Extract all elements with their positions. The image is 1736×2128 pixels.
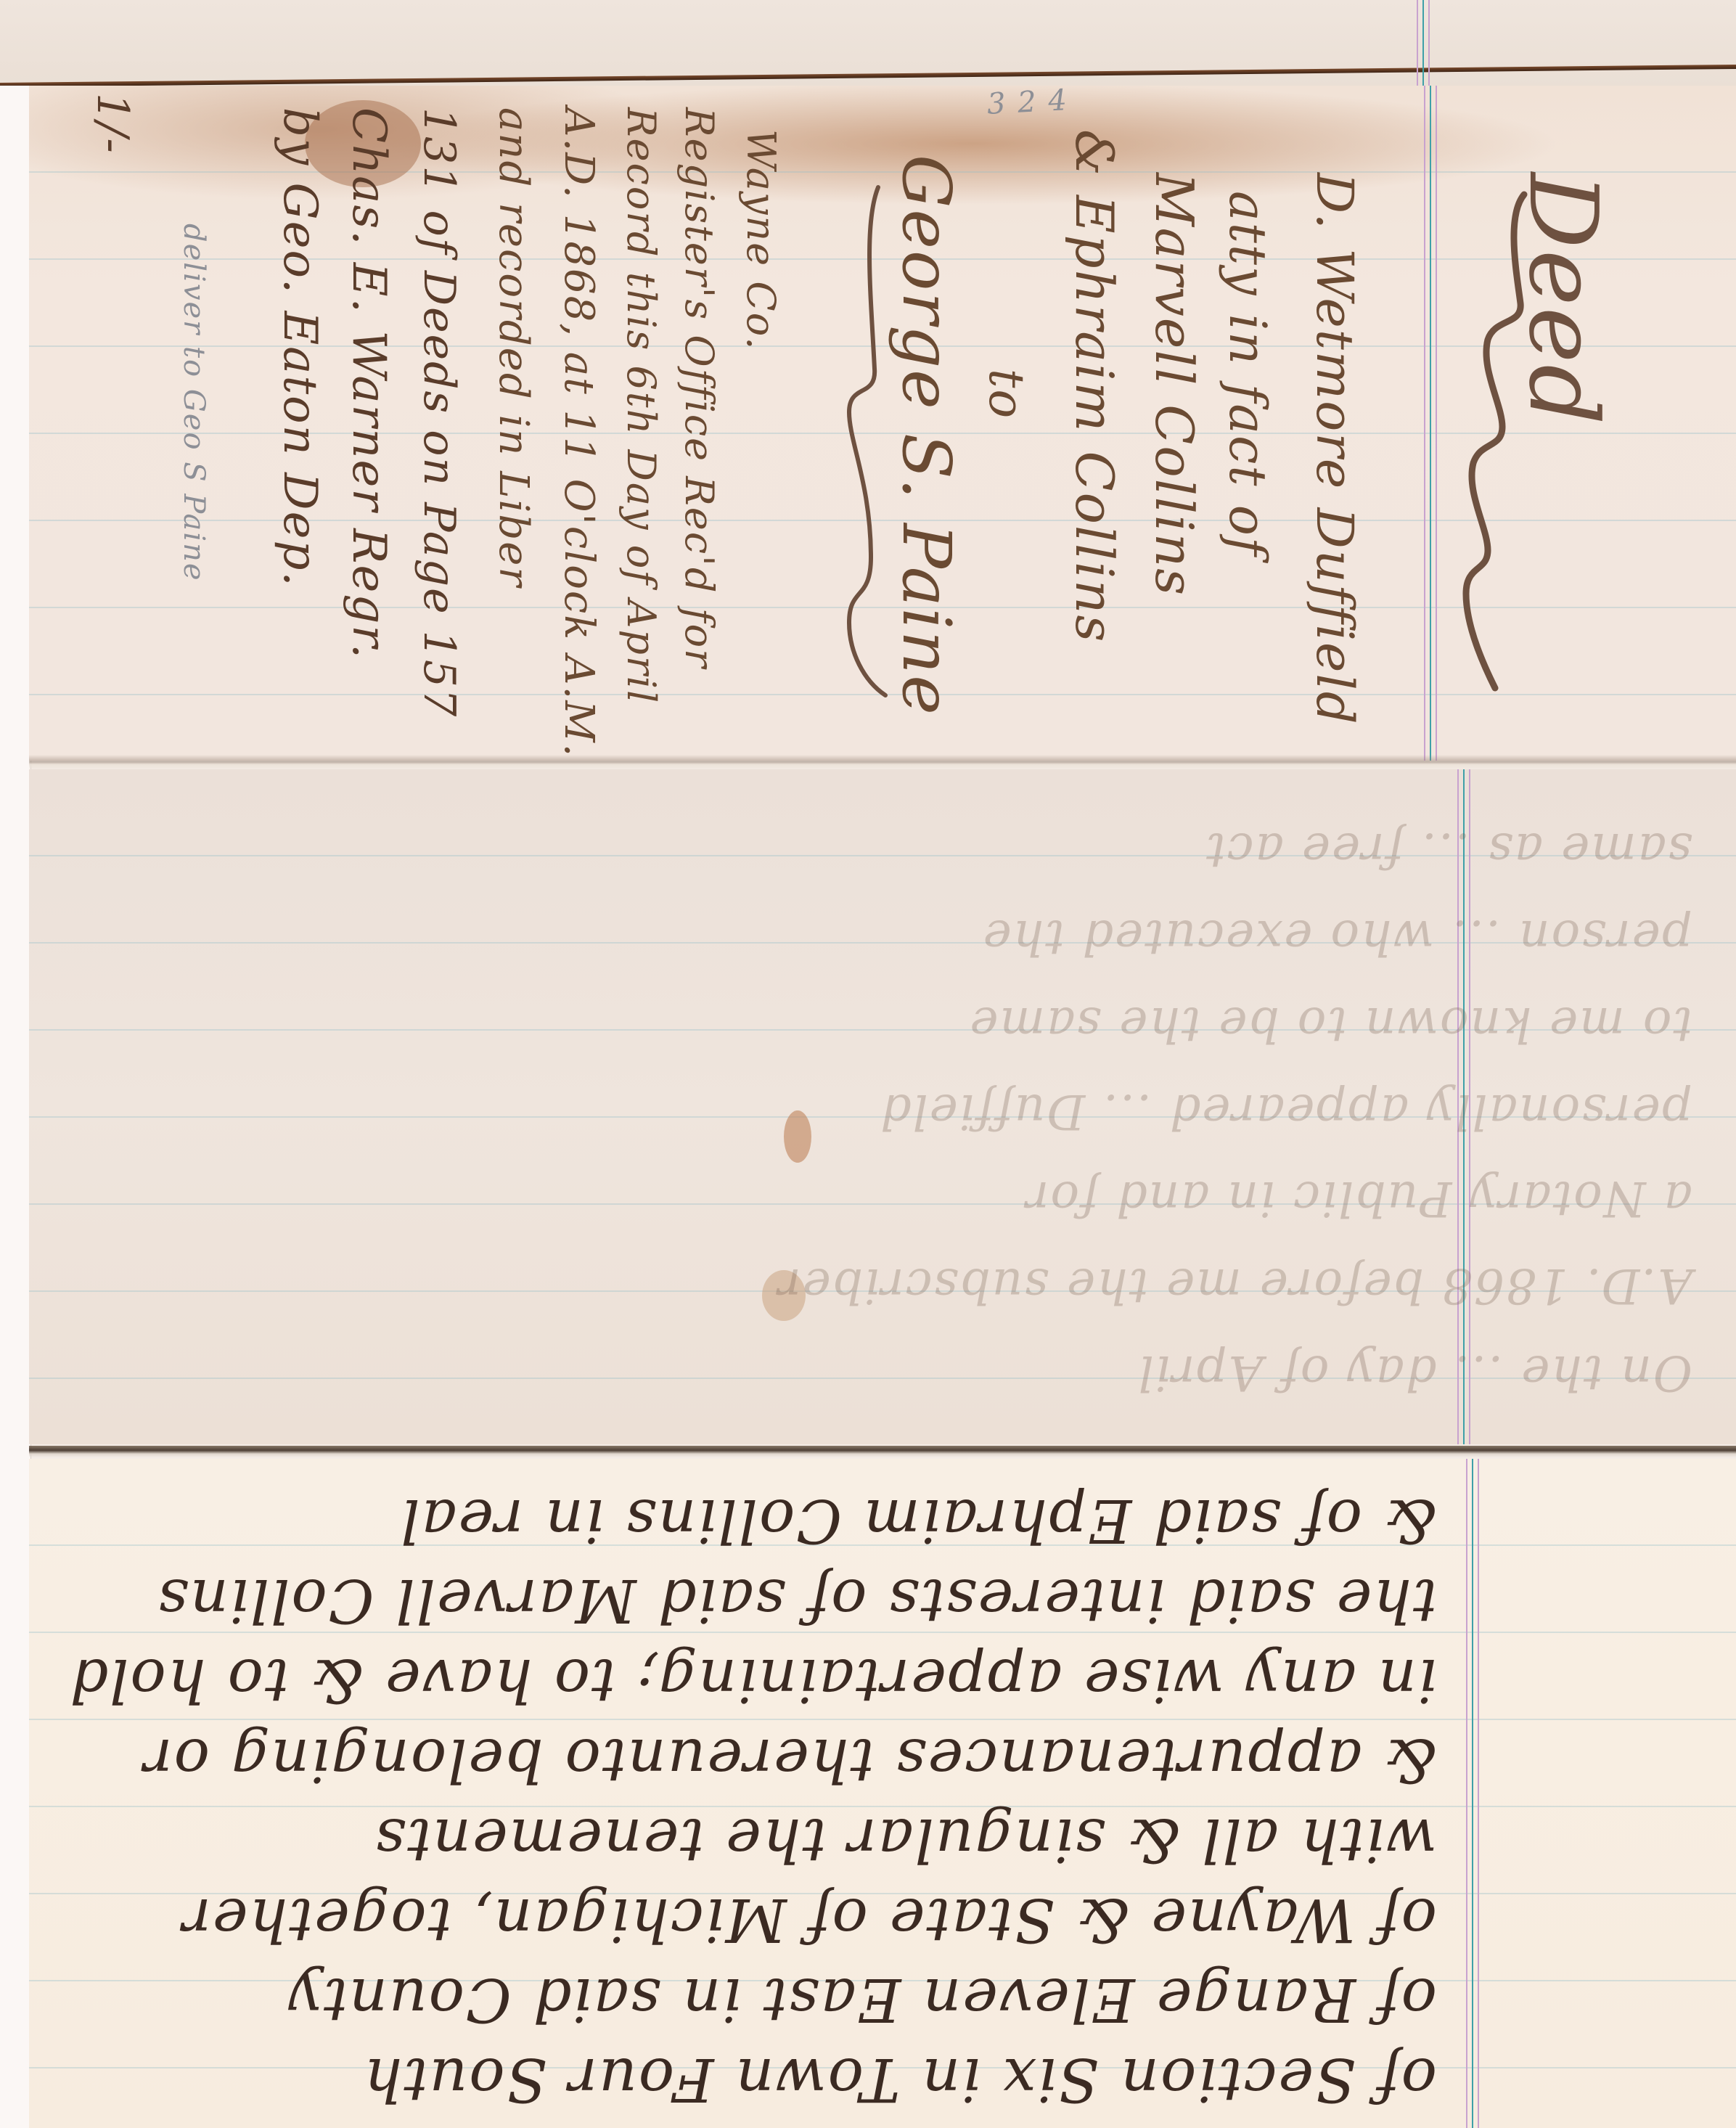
- bleed-line: to me known to be the same: [968, 997, 1692, 1052]
- recording-line-1: Wayne Co.: [738, 129, 784, 351]
- recording-line-5: and recorded in Liber: [490, 107, 537, 588]
- pencil-file-number: 3 2 4: [986, 86, 1069, 121]
- bleed-line: A.D. 1868 before me the subscriber: [777, 1258, 1692, 1314]
- recording-line-2: Register's Office Rec'd for: [676, 107, 722, 669]
- body-line-3: of Wayne & State of Michigan, together: [181, 1885, 1437, 1954]
- pencil-delivery-note: deliver to Geo S Paine: [177, 224, 210, 582]
- back-flap: [0, 0, 1736, 87]
- body-line-7: the said interests of said Marvell Colli…: [157, 1566, 1437, 1634]
- recording-line-6: 131 of Deeds on Page 157: [414, 107, 464, 718]
- body-line-4: with all & singular the tenements: [374, 1805, 1437, 1874]
- margin-line-blue: [1472, 1459, 1473, 2128]
- bleed-line: On the ... day of April: [1137, 1345, 1692, 1401]
- deed-body-text: of Section Six in Town Four South of Ran…: [29, 1459, 1452, 2128]
- fold-crease: [29, 755, 1736, 771]
- connector-to: to: [978, 369, 1034, 420]
- grantee-flourish-icon: [820, 180, 936, 703]
- endorsement-panel: 3 2 4 Deed D. Wetmore Duffield atty in f…: [29, 86, 1736, 761]
- grantor-line-2: atty in fact of: [1218, 191, 1277, 557]
- scanned-deed: 3 2 4 Deed D. Wetmore Duffield atty in f…: [0, 0, 1736, 2128]
- body-line-6: in any wise appertaining; to have & to h…: [69, 1645, 1437, 1714]
- body-line-1: of Section Six in Town Four South: [363, 2045, 1437, 2113]
- recording-line-4: A.D. 1868, at 11 O'clock A.M.: [555, 107, 602, 758]
- body-line-2: of Range Eleven East in said County: [287, 1965, 1437, 2034]
- margin-line-pink: [1478, 1459, 1479, 2128]
- margin-line-pink: [1424, 86, 1425, 761]
- bleed-line: same as ... free act: [1205, 822, 1692, 878]
- margin-line-pink: [1417, 0, 1418, 87]
- margin-line-pink: [1428, 0, 1430, 87]
- body-panel: of Section Six in Town Four South of Ran…: [29, 1459, 1736, 2128]
- recording-line-3: Record this 6th Day of April: [618, 107, 664, 704]
- recording-fee: 1/-: [87, 93, 138, 155]
- margin-line-pink: [1466, 1459, 1467, 2128]
- recording-line-8: by Geo. Eaton Dep.: [273, 107, 327, 588]
- grantor-line-1: D. Wetmore Duffield: [1305, 173, 1364, 726]
- grantor-line-3: Marvell Collins: [1144, 173, 1205, 597]
- body-line-5: & appurtenances thereunto belonging or: [142, 1725, 1437, 1794]
- recording-line-7: Chas. E. Warner Regr.: [342, 107, 396, 660]
- blank-panel: On the ... day of April A.D. 1868 before…: [29, 769, 1736, 1444]
- bleed-line: person ... who executed the: [982, 909, 1692, 965]
- body-line-8: & of said Ephraim Collins in real: [399, 1486, 1437, 1555]
- bleed-through-text: On the ... day of April A.D. 1868 before…: [29, 769, 1736, 1444]
- bleed-line: personally appeared ... Duffield: [879, 1084, 1692, 1139]
- grantor-line-4: & Ephraim Collins: [1064, 129, 1125, 643]
- bleed-line: a Notary Public in and for: [1025, 1171, 1692, 1227]
- margin-line-blue: [1430, 86, 1431, 761]
- fold-crease: [29, 1446, 1736, 1457]
- sheet-left-edge: [0, 86, 31, 2128]
- margin-line-blue: [1422, 0, 1424, 87]
- flap-edge: [0, 65, 1736, 87]
- title-flourish-icon: [1437, 187, 1582, 761]
